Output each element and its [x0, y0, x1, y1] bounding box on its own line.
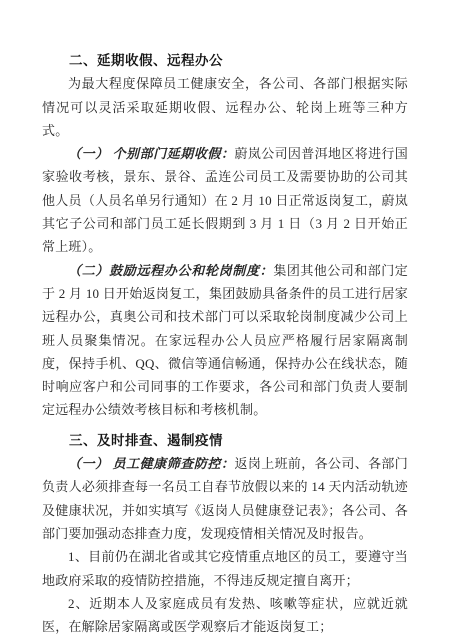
paragraph-text: 1、目前仍在湖北省或其它疫情重点地区的员工，要遵守当地政府采取的疫情防控措施，不… — [42, 549, 408, 587]
paragraph-text: 为最大程度保障员工健康安全，各公司、各部门根据实际情况可以灵活采取延期收假、远程… — [42, 76, 408, 138]
paragraph: 1、目前仍在湖北省或其它疫情重点地区的员工，要遵守当地政府采取的疫情防控措施，不… — [42, 545, 408, 592]
paragraph: （二）鼓励远程办公和轮岗制度：集团其他公司和部门定于 2 月 10 日开始返岗复… — [42, 259, 408, 422]
section-delayed-holiday-remote-work: 二、延期收假、远程办公 为最大程度保障员工健康安全，各公司、各部门根据实际情况可… — [42, 49, 408, 422]
paragraph-lead: （二）鼓励远程办公和轮岗制度： — [68, 263, 273, 278]
section-heading: 三、及时排查、遏制疫情 — [42, 429, 408, 452]
section-heading: 二、延期收假、远程办公 — [42, 49, 408, 72]
paragraph-lead: （一） 员工健康筛查防控： — [68, 456, 235, 471]
paragraph-text: 2、近期本人及家庭成员有发热、咳嗽等症状，应就近就医，在解除居家隔离或医学观察后… — [42, 596, 408, 634]
document-page: 二、延期收假、远程办公 为最大程度保障员工健康安全，各公司、各部门根据实际情况可… — [0, 0, 450, 637]
paragraph: （一） 员工健康筛查防控：返岗上班前，各公司、各部门负责人必须排查每一名员工自春… — [42, 452, 408, 545]
paragraph: （一） 个别部门延期收假：蔚岚公司因普洱地区将进行国家验收考核，景东、景谷、孟连… — [42, 142, 408, 258]
paragraph-text: 蔚岚公司因普洱地区将进行国家验收考核，景东、景谷、孟连公司员工及需要协助的公司其… — [42, 146, 408, 254]
paragraph-lead: （一） 个别部门延期收假： — [68, 146, 235, 161]
section-timely-screening-epidemic-control: 三、及时排查、遏制疫情 （一） 员工健康筛查防控：返岗上班前，各公司、各部门负责… — [42, 429, 408, 637]
paragraph: 为最大程度保障员工健康安全，各公司、各部门根据实际情况可以灵活采取延期收假、远程… — [42, 72, 408, 142]
paragraph: 2、近期本人及家庭成员有发热、咳嗽等症状，应就近就医，在解除居家隔离或医学观察后… — [42, 592, 408, 637]
paragraph-text: 集团其他公司和部门定于 2 月 10 日开始返岗复工，集团鼓励具备条件的员工进行… — [42, 263, 408, 418]
